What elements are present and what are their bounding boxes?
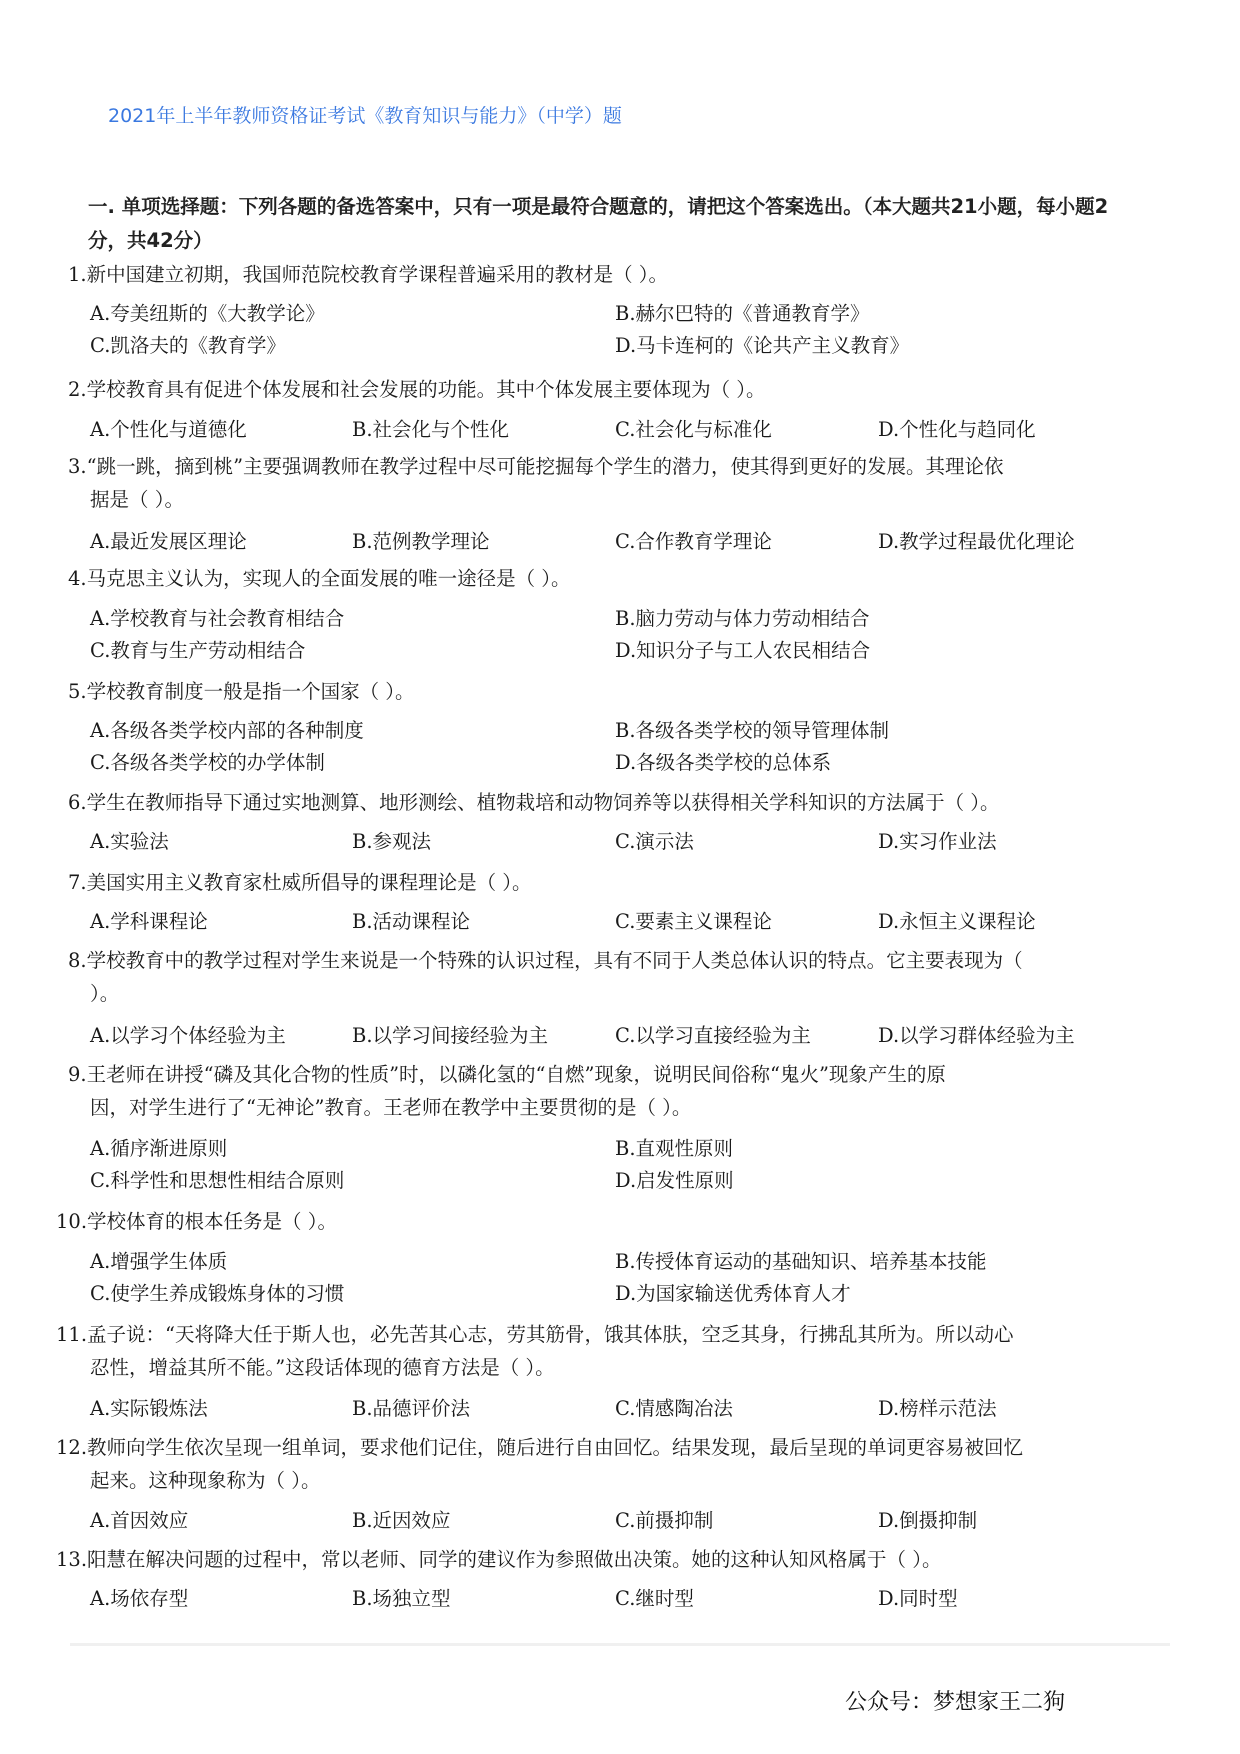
question-3: 3.“跳一跳，摘到桃”主要强调教师在教学过程中尽可能挖掘每个学生的潜力，使其得到… — [68, 450, 1148, 516]
question-stem: 13.阳慧在解决问题的过程中，常以老师、同学的建议作为参照做出决策。她的这种认知… — [56, 1548, 941, 1571]
option-a: A.增强学生体质 — [90, 1246, 227, 1274]
option-a: A.夸美纽斯的《大教学论》 — [90, 298, 325, 326]
option-b: B.范例教学理论 — [352, 526, 490, 554]
question-8: 8.学校教育中的教学过程对学生来说是一个特殊的认识过程，具有不同于人类总体认识的… — [68, 944, 1148, 1010]
option-b: B.各级各类学校的领导管理体制 — [615, 715, 889, 743]
option-d: D.马卡连柯的《论共产主义教育》 — [615, 330, 909, 358]
option-c: C.以学习直接经验为主 — [615, 1020, 811, 1048]
question-stem: 7.美国实用主义教育家杜威所倡导的课程理论是（ ）。 — [68, 871, 532, 894]
option-a: A.实验法 — [90, 826, 169, 854]
option-c: C.各级各类学校的办学体制 — [90, 747, 325, 775]
option-a: A.个性化与道德化 — [90, 414, 247, 442]
option-b: B.脑力劳动与体力劳动相结合 — [615, 603, 870, 631]
option-c: C.演示法 — [615, 826, 694, 854]
option-a: A.场依存型 — [90, 1583, 188, 1611]
option-a: A.学科课程论 — [90, 906, 208, 934]
option-c: C.使学生养成锻炼身体的习惯 — [90, 1278, 344, 1306]
option-d: D.榜样示范法 — [878, 1393, 997, 1421]
option-b: B.近因效应 — [352, 1505, 451, 1533]
option-c: C.要素主义课程论 — [615, 906, 772, 934]
option-d: D.同时型 — [878, 1583, 958, 1611]
question-stem-cont: 因，对学生进行了“无神论”教育。王老师在教学中主要贯彻的是（ ）。 — [68, 1091, 1148, 1124]
option-d: D.倒摄抑制 — [878, 1505, 977, 1533]
divider — [70, 1643, 1170, 1646]
option-c: C.情感陶冶法 — [615, 1393, 733, 1421]
question-6: 6.学生在教师指导下通过实地测算、地形测绘、植物栽培和动物饲养等以获得相关学科知… — [68, 786, 1148, 819]
question-stem: 3.“跳一跳，摘到桃”主要强调教师在教学过程中尽可能挖掘每个学生的潜力，使其得到… — [68, 455, 1004, 478]
question-stem: 1.新中国建立初期，我国师范院校教育学课程普遍采用的教材是（ ）。 — [68, 263, 668, 286]
option-d: D.启发性原则 — [615, 1165, 734, 1193]
question-1: 1.新中国建立初期，我国师范院校教育学课程普遍采用的教材是（ ）。 — [68, 258, 1148, 291]
option-a: A.学校教育与社会教育相结合 — [90, 603, 344, 631]
option-c: C.继时型 — [615, 1583, 694, 1611]
question-stem-cont: 起来。这种现象称为（ ）。 — [56, 1464, 1136, 1497]
page-title: 2021年上半年教师资格证考试《教育知识与能力》（中学）题 — [108, 101, 622, 128]
option-a: A.循序渐进原则 — [90, 1133, 227, 1161]
option-a: A.各级各类学校内部的各种制度 — [90, 715, 364, 743]
question-13: 13.阳慧在解决问题的过程中，常以老师、同学的建议作为参照做出决策。她的这种认知… — [56, 1543, 1136, 1576]
option-c: C.科学性和思想性相结合原则 — [90, 1165, 344, 1193]
question-7: 7.美国实用主义教育家杜威所倡导的课程理论是（ ）。 — [68, 866, 1148, 899]
question-9: 9.王老师在讲授“磷及其化合物的性质”时，以磷化氢的“自燃”现象，说明民间俗称“… — [68, 1058, 1148, 1124]
question-stem: 10.学校体育的根本任务是（ ）。 — [56, 1210, 337, 1233]
option-d: D.永恒主义课程论 — [878, 906, 1036, 934]
option-c: C.合作教育学理论 — [615, 526, 772, 554]
question-stem-cont: 据是（ ）。 — [68, 483, 1148, 516]
option-b: B.参观法 — [352, 826, 431, 854]
option-b: B.传授体育运动的基础知识、培养基本技能 — [615, 1246, 987, 1274]
question-12: 12.教师向学生依次呈现一组单词，要求他们记住，随后进行自由回忆。结果发现，最后… — [56, 1431, 1136, 1497]
question-stem: 9.王老师在讲授“磷及其化合物的性质”时，以磷化氢的“自燃”现象，说明民间俗称“… — [68, 1063, 946, 1086]
option-d: D.以学习群体经验为主 — [878, 1020, 1075, 1048]
option-a: A.实际锻炼法 — [90, 1393, 208, 1421]
question-stem: 6.学生在教师指导下通过实地测算、地形测绘、植物栽培和动物饲养等以获得相关学科知… — [68, 791, 1000, 814]
option-b: B.赫尔巴特的《普通教育学》 — [615, 298, 870, 326]
question-stem-cont: 忍性，增益其所不能。”这段话体现的德育方法是（ ）。 — [56, 1351, 1136, 1384]
question-5: 5.学校教育制度一般是指一个国家（ ）。 — [68, 675, 1148, 708]
question-stem: 12.教师向学生依次呈现一组单词，要求他们记住，随后进行自由回忆。结果发现，最后… — [56, 1436, 1023, 1459]
question-stem: 5.学校教育制度一般是指一个国家（ ）。 — [68, 680, 415, 703]
option-b: B.品德评价法 — [352, 1393, 470, 1421]
option-b: B.活动课程论 — [352, 906, 470, 934]
question-4: 4.马克思主义认为，实现人的全面发展的唯一途径是（ ）。 — [68, 562, 1148, 595]
option-b: B.直观性原则 — [615, 1133, 733, 1161]
option-c: C.前摄抑制 — [615, 1505, 713, 1533]
option-c: C.社会化与标准化 — [615, 414, 772, 442]
question-2: 2.学校教育具有促进个体发展和社会发展的功能。其中个体发展主要体现为（ ）。 — [68, 373, 1148, 406]
option-a: A.以学习个体经验为主 — [90, 1020, 286, 1048]
option-d: D.教学过程最优化理论 — [878, 526, 1075, 554]
question-stem: 2.学校教育具有促进个体发展和社会发展的功能。其中个体发展主要体现为（ ）。 — [68, 378, 766, 401]
question-stem: 4.马克思主义认为，实现人的全面发展的唯一途径是（ ）。 — [68, 567, 571, 590]
footer-account: 公众号：梦想家王二狗 — [845, 1685, 1065, 1716]
option-d: D.知识分子与工人农民相结合 — [615, 635, 870, 663]
option-d: D.个性化与趋同化 — [878, 414, 1036, 442]
option-c: C.凯洛夫的《教育学》 — [90, 330, 286, 358]
option-a: A.最近发展区理论 — [90, 526, 247, 554]
question-stem: 11.孟子说：“天将降大任于斯人也，必先苦其心志，劳其筋骨，饿其体肤，空乏其身，… — [56, 1323, 1013, 1346]
section-heading: 一. 单项选择题：下列各题的备选答案中，只有一项是最符合题意的，请把这个答案选出… — [88, 190, 1128, 258]
option-d: D.实习作业法 — [878, 826, 997, 854]
option-b: B.以学习间接经验为主 — [352, 1020, 548, 1048]
option-a: A.首因效应 — [90, 1505, 188, 1533]
question-stem: 8.学校教育中的教学过程对学生来说是一个特殊的认识过程，具有不同于人类总体认识的… — [68, 949, 1023, 972]
option-b: B.社会化与个性化 — [352, 414, 509, 442]
question-stem-cont: ）。 — [68, 977, 1148, 1010]
option-d: D.为国家输送优秀体育人才 — [615, 1278, 851, 1306]
question-10: 10.学校体育的根本任务是（ ）。 — [56, 1205, 1136, 1238]
option-c: C.教育与生产劳动相结合 — [90, 635, 305, 663]
option-b: B.场独立型 — [352, 1583, 451, 1611]
option-d: D.各级各类学校的总体系 — [615, 747, 831, 775]
question-11: 11.孟子说：“天将降大任于斯人也，必先苦其心志，劳其筋骨，饿其体肤，空乏其身，… — [56, 1318, 1136, 1384]
